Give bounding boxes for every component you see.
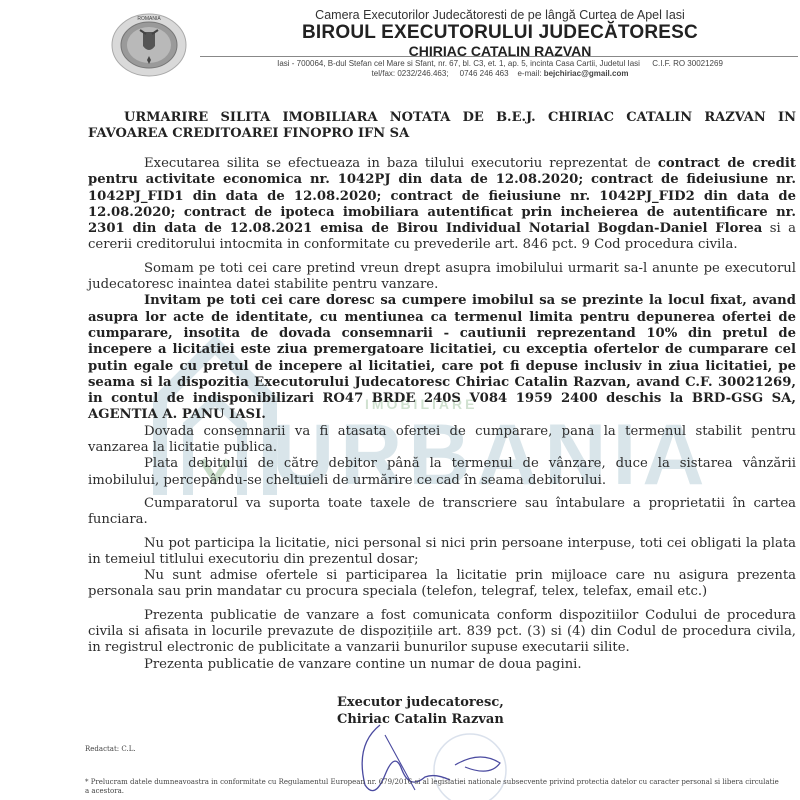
paragraph-invitation: Invitam pe toti cei care doresc sa cumpe… [88,293,796,423]
gdpr-notice: * Prelucram datele dumneavoastra in conf… [85,778,785,795]
email-link[interactable]: bejchiriac@gmail.com [544,69,629,78]
paragraph-summons: Somam pe toti cei care pretind vreun dre… [88,261,796,294]
paragraph-excluded-participants: Nu pot participa la licitatie, nici pers… [88,536,796,569]
header-divider [200,56,798,57]
address-text: Iasi - 700064, B-dul Stefan cel Mare si … [277,59,640,68]
svg-text:ROMANIA: ROMANIA [137,16,161,22]
office-address: Iasi - 700064, B-dul Stefan cel Mare si … [200,59,800,69]
paragraph-buyer-taxes: Cumparatorul va suporta toate taxele de … [88,496,796,529]
document-body: URMARIRE SILITA IMOBILIARA NOTATA DE B.E… [88,110,796,673]
p1-intro: Executarea silita se efectueaza in baza … [144,156,658,171]
phone-text: 0746 246 463 [460,69,509,78]
seal-emblem-icon: ROMANIA [110,12,188,78]
cif-text: C.I.F. RO 30021269 [652,59,723,68]
paragraph-publication: Prezenta publicatie de vanzare a fost co… [88,608,796,657]
paragraph-executory-title: Executarea silita se efectueaza in baza … [88,156,796,254]
paragraph-debt-payment: Plata debitului de către debitor până la… [88,456,796,489]
telfax-text: tel/fax: 0232/246.463; [372,69,449,78]
email-label: e-mail: [517,69,541,78]
chamber-name: Camera Executorilor Judecătoresti de pe … [200,8,800,23]
letterhead: ROMANIA Camera Executorilor Judecătorest… [0,0,800,95]
office-contact: tel/fax: 0232/246.463; 0746 246 463 e-ma… [200,69,800,79]
office-name: BIROUL EXECUTORULUI JUDECĂTORESC [200,23,800,43]
signature-role: Executor judecatoresc, [337,694,504,711]
drafted-by: Redactat: C.L. [85,745,136,753]
document-title: URMARIRE SILITA IMOBILIARA NOTATA DE B.E… [88,110,796,142]
paragraph-page-count: Prezenta publicatie de vanzare contine u… [88,657,796,673]
paragraph-deposit-proof: Dovada consemnarii va fi atasata ofertei… [88,424,796,457]
paragraph-offer-means: Nu sunt admise ofertele si participarea … [88,568,796,601]
